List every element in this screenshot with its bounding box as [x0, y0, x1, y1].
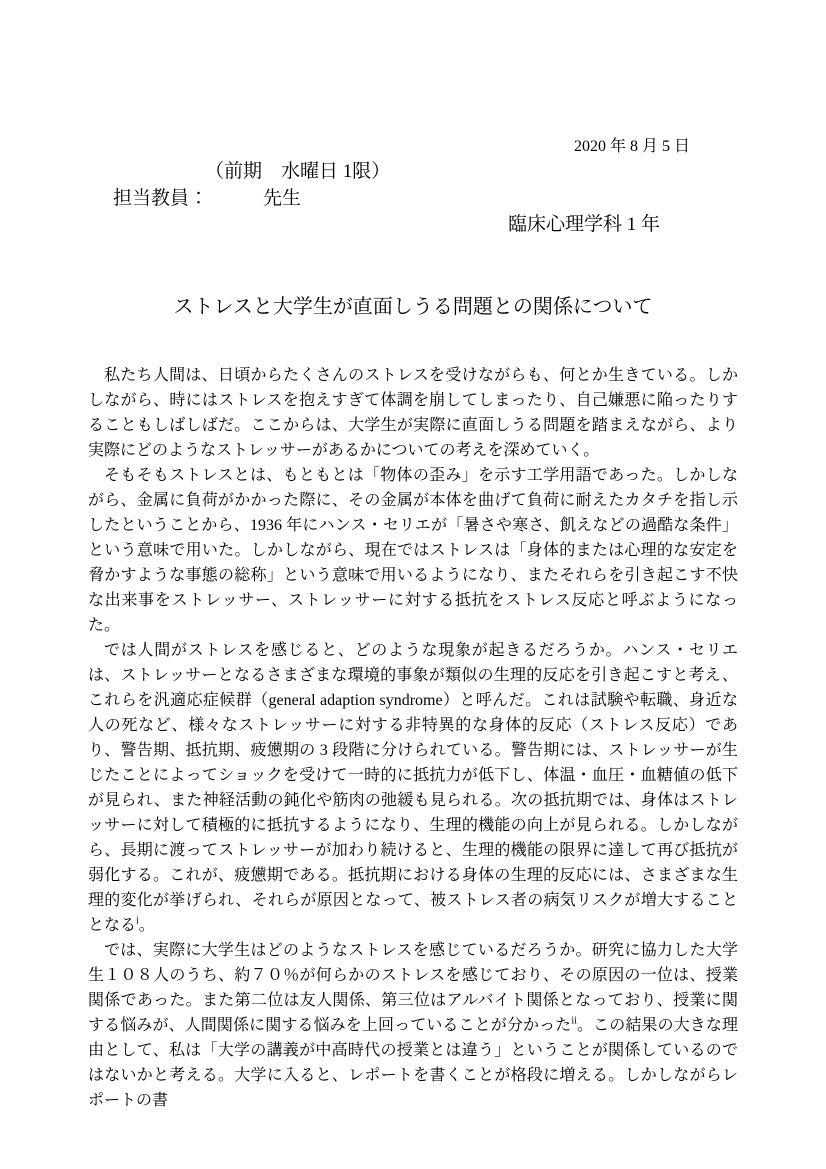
body-paragraph-2: そもそもストレスとは、もともとは「物体の歪み」を示す工学用語であった。しかしなが… — [88, 463, 738, 638]
paragraph-text: そもそもストレスとは、もともとは「物体の歪み」を示す工学用語であった。しかしなが… — [88, 467, 738, 634]
paragraph-text: では人間がストレスを感じると、どのような現象が起きるだろうか。ハンス・セリエは、… — [88, 642, 738, 934]
instructor-name-suffix: 先生 — [263, 188, 301, 209]
course-period-line: （前期 水曜日 1限） — [205, 160, 390, 184]
document-title: ストレスと大学生が直面しうる問題との関係について — [0, 292, 826, 322]
document-page: 2020 年 8 月 5 日 （前期 水曜日 1限） 担当教員：先生 臨床心理学… — [0, 0, 826, 1169]
paragraph-text: 私たち人間は、日頃からたくさんのストレスを受けながらも、何とか生きている。しかし… — [88, 367, 738, 459]
date-line: 2020 年 8 月 5 日 — [574, 137, 690, 157]
body-paragraph-1: 私たち人間は、日頃からたくさんのストレスを受けながらも、何とか生きている。しかし… — [88, 363, 738, 463]
body-paragraph-3: では人間がストレスを感じると、どのような現象が起きるだろうか。ハンス・セリエは、… — [88, 638, 738, 938]
instructor-label: 担当教員： — [113, 188, 208, 209]
instructor-line: 担当教員：先生 — [113, 187, 301, 211]
paragraph-text: 。 — [139, 917, 155, 934]
body-paragraph-4: では、実際に大学生はどのようなストレスを感じているだろうか。研究に協力した大学生… — [88, 938, 738, 1113]
document-body: 私たち人間は、日頃からたくさんのストレスを受けながらも、何とか生きている。しかし… — [88, 363, 738, 1113]
department-line: 臨床心理学科 1 年 — [508, 213, 660, 237]
